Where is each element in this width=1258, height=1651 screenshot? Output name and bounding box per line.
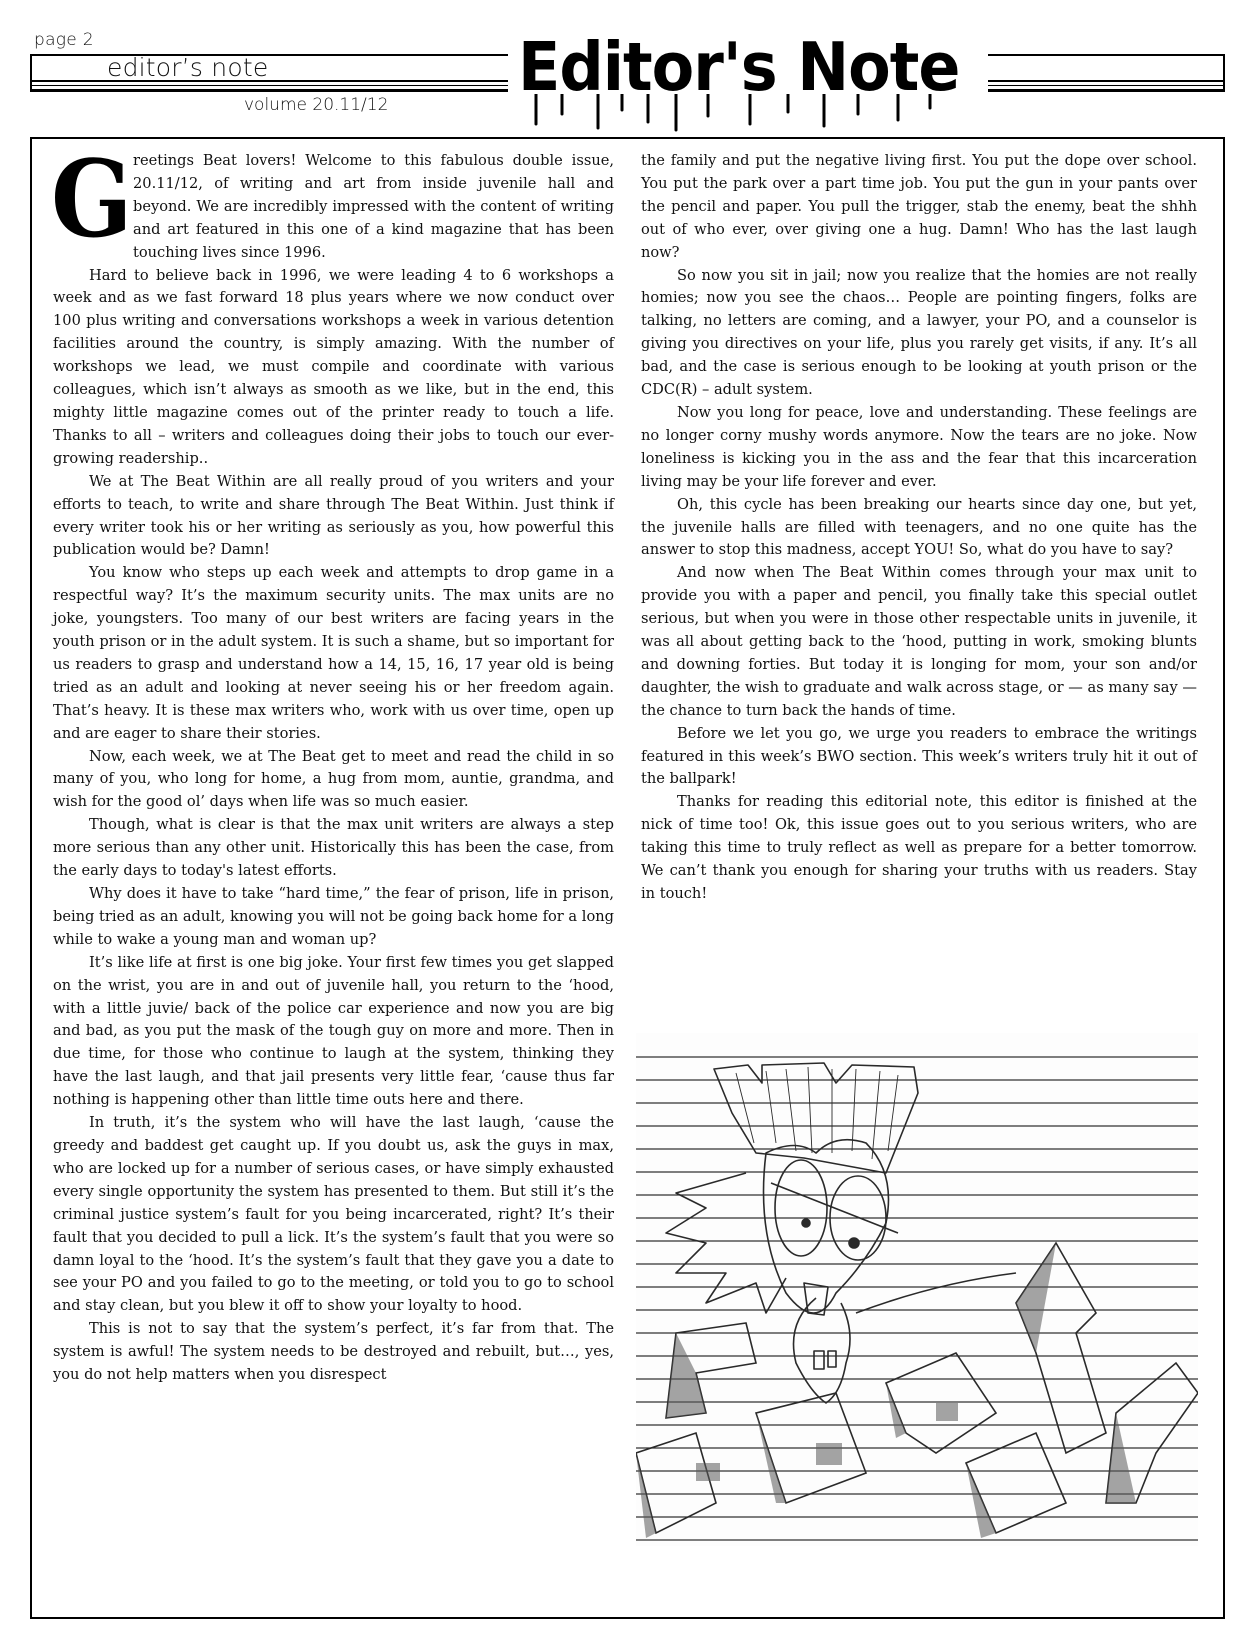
article-column-left: Greetings Beat lovers! Welcome to this f… <box>53 150 614 1387</box>
drop-cap: G <box>51 156 118 242</box>
article-paragraph: Greetings Beat lovers! Welcome to this f… <box>53 150 614 265</box>
article-paragraph: So now you sit in jail; now you realize … <box>641 265 1197 402</box>
article-paragraph: Oh, this cycle has been breaking our hea… <box>641 494 1197 563</box>
paint-drip-icon <box>518 94 978 132</box>
paragraph-text: reetings Beat lovers! Welcome to this fa… <box>133 152 614 261</box>
article-paragraph: It’s like life at first is one big joke.… <box>53 952 614 1112</box>
sketch-illustration <box>636 1033 1198 1546</box>
graffiti-character-sketch-icon <box>636 1033 1198 1546</box>
masthead: Editor's Note <box>508 24 988 132</box>
article-paragraph: Why does it have to take “hard time,” th… <box>53 883 614 952</box>
article-paragraph: You know who steps up each week and atte… <box>53 562 614 745</box>
section-label: editor’s note <box>107 55 268 81</box>
page-number-label: page 2 <box>34 30 94 50</box>
article-paragraph: In truth, it’s the system who will have … <box>53 1112 614 1318</box>
article-paragraph: Now you long for peace, love and underst… <box>641 402 1197 494</box>
article-paragraph: We at The Beat Within are all really pro… <box>53 471 614 563</box>
article-paragraph: This is not to say that the system’s per… <box>53 1318 614 1387</box>
article-paragraph: Hard to believe back in 1996, we were le… <box>53 265 614 471</box>
article-paragraph: And now when The Beat Within comes throu… <box>641 562 1197 722</box>
article-paragraph: Before we let you go, we urge you reader… <box>641 723 1197 792</box>
article-paragraph: Though, what is clear is that the max un… <box>53 814 614 883</box>
volume-label: volume 20.11/12 <box>244 95 388 115</box>
article-column-right: the family and put the negative living f… <box>641 150 1197 906</box>
article-paragraph: Now, each week, we at The Beat get to me… <box>53 746 614 815</box>
article-paragraph: the family and put the negative living f… <box>641 150 1197 265</box>
article-paragraph: Thanks for reading this editorial note, … <box>641 791 1197 906</box>
